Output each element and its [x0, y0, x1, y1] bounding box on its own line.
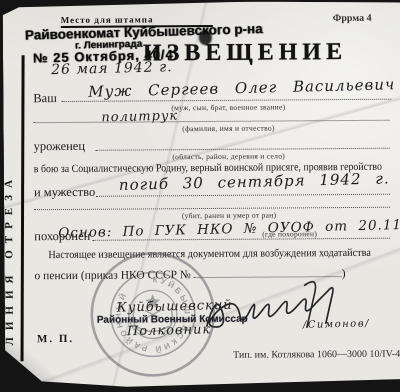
- scanned-document-photo: ЛИНИЯ ОТРЕЗА Место для штампа Фррма 4 Ра…: [0, 0, 400, 392]
- signature: [185, 277, 358, 352]
- form-number-label: Фррма 4: [333, 13, 372, 24]
- signature-name: /Симонов/: [303, 318, 370, 331]
- addressee-label: Ваш: [33, 91, 57, 106]
- fate-line: [96, 194, 390, 197]
- ink-smudge: [199, 30, 212, 45]
- handwritten-issue-date: 26 мая 1942 г.: [51, 59, 173, 78]
- rank-handwritten: политрук: [101, 109, 178, 126]
- cut-line-label: ЛИНИЯ ОТРЕЗА: [2, 61, 16, 345]
- seal-mark-label: М. П.: [37, 333, 74, 345]
- birthplace-label: уроженец: [34, 139, 85, 154]
- birthplace-line: [96, 148, 390, 151]
- birthplace-caption: (область, район, деревня и село): [119, 151, 339, 162]
- name-caption: (фамилия, имя и отчество): [118, 123, 338, 134]
- document-title: ИЗВЕЩЕНИЕ: [143, 39, 347, 67]
- buried-caption: (где похоронен): [262, 229, 317, 238]
- courage-label: и мужество: [34, 185, 95, 200]
- print-house-line: Тип. им. Котлякова 1060—3000 10/IV-46: [233, 349, 400, 361]
- cut-line-rule: [21, 55, 25, 361]
- addressee-handwritten: Муж Сергеев Олег Васильевич —: [88, 75, 400, 101]
- notice-paper: ЛИНИЯ ОТРЕЗА Место для штампа Фррма 4 Ра…: [3, 1, 400, 392]
